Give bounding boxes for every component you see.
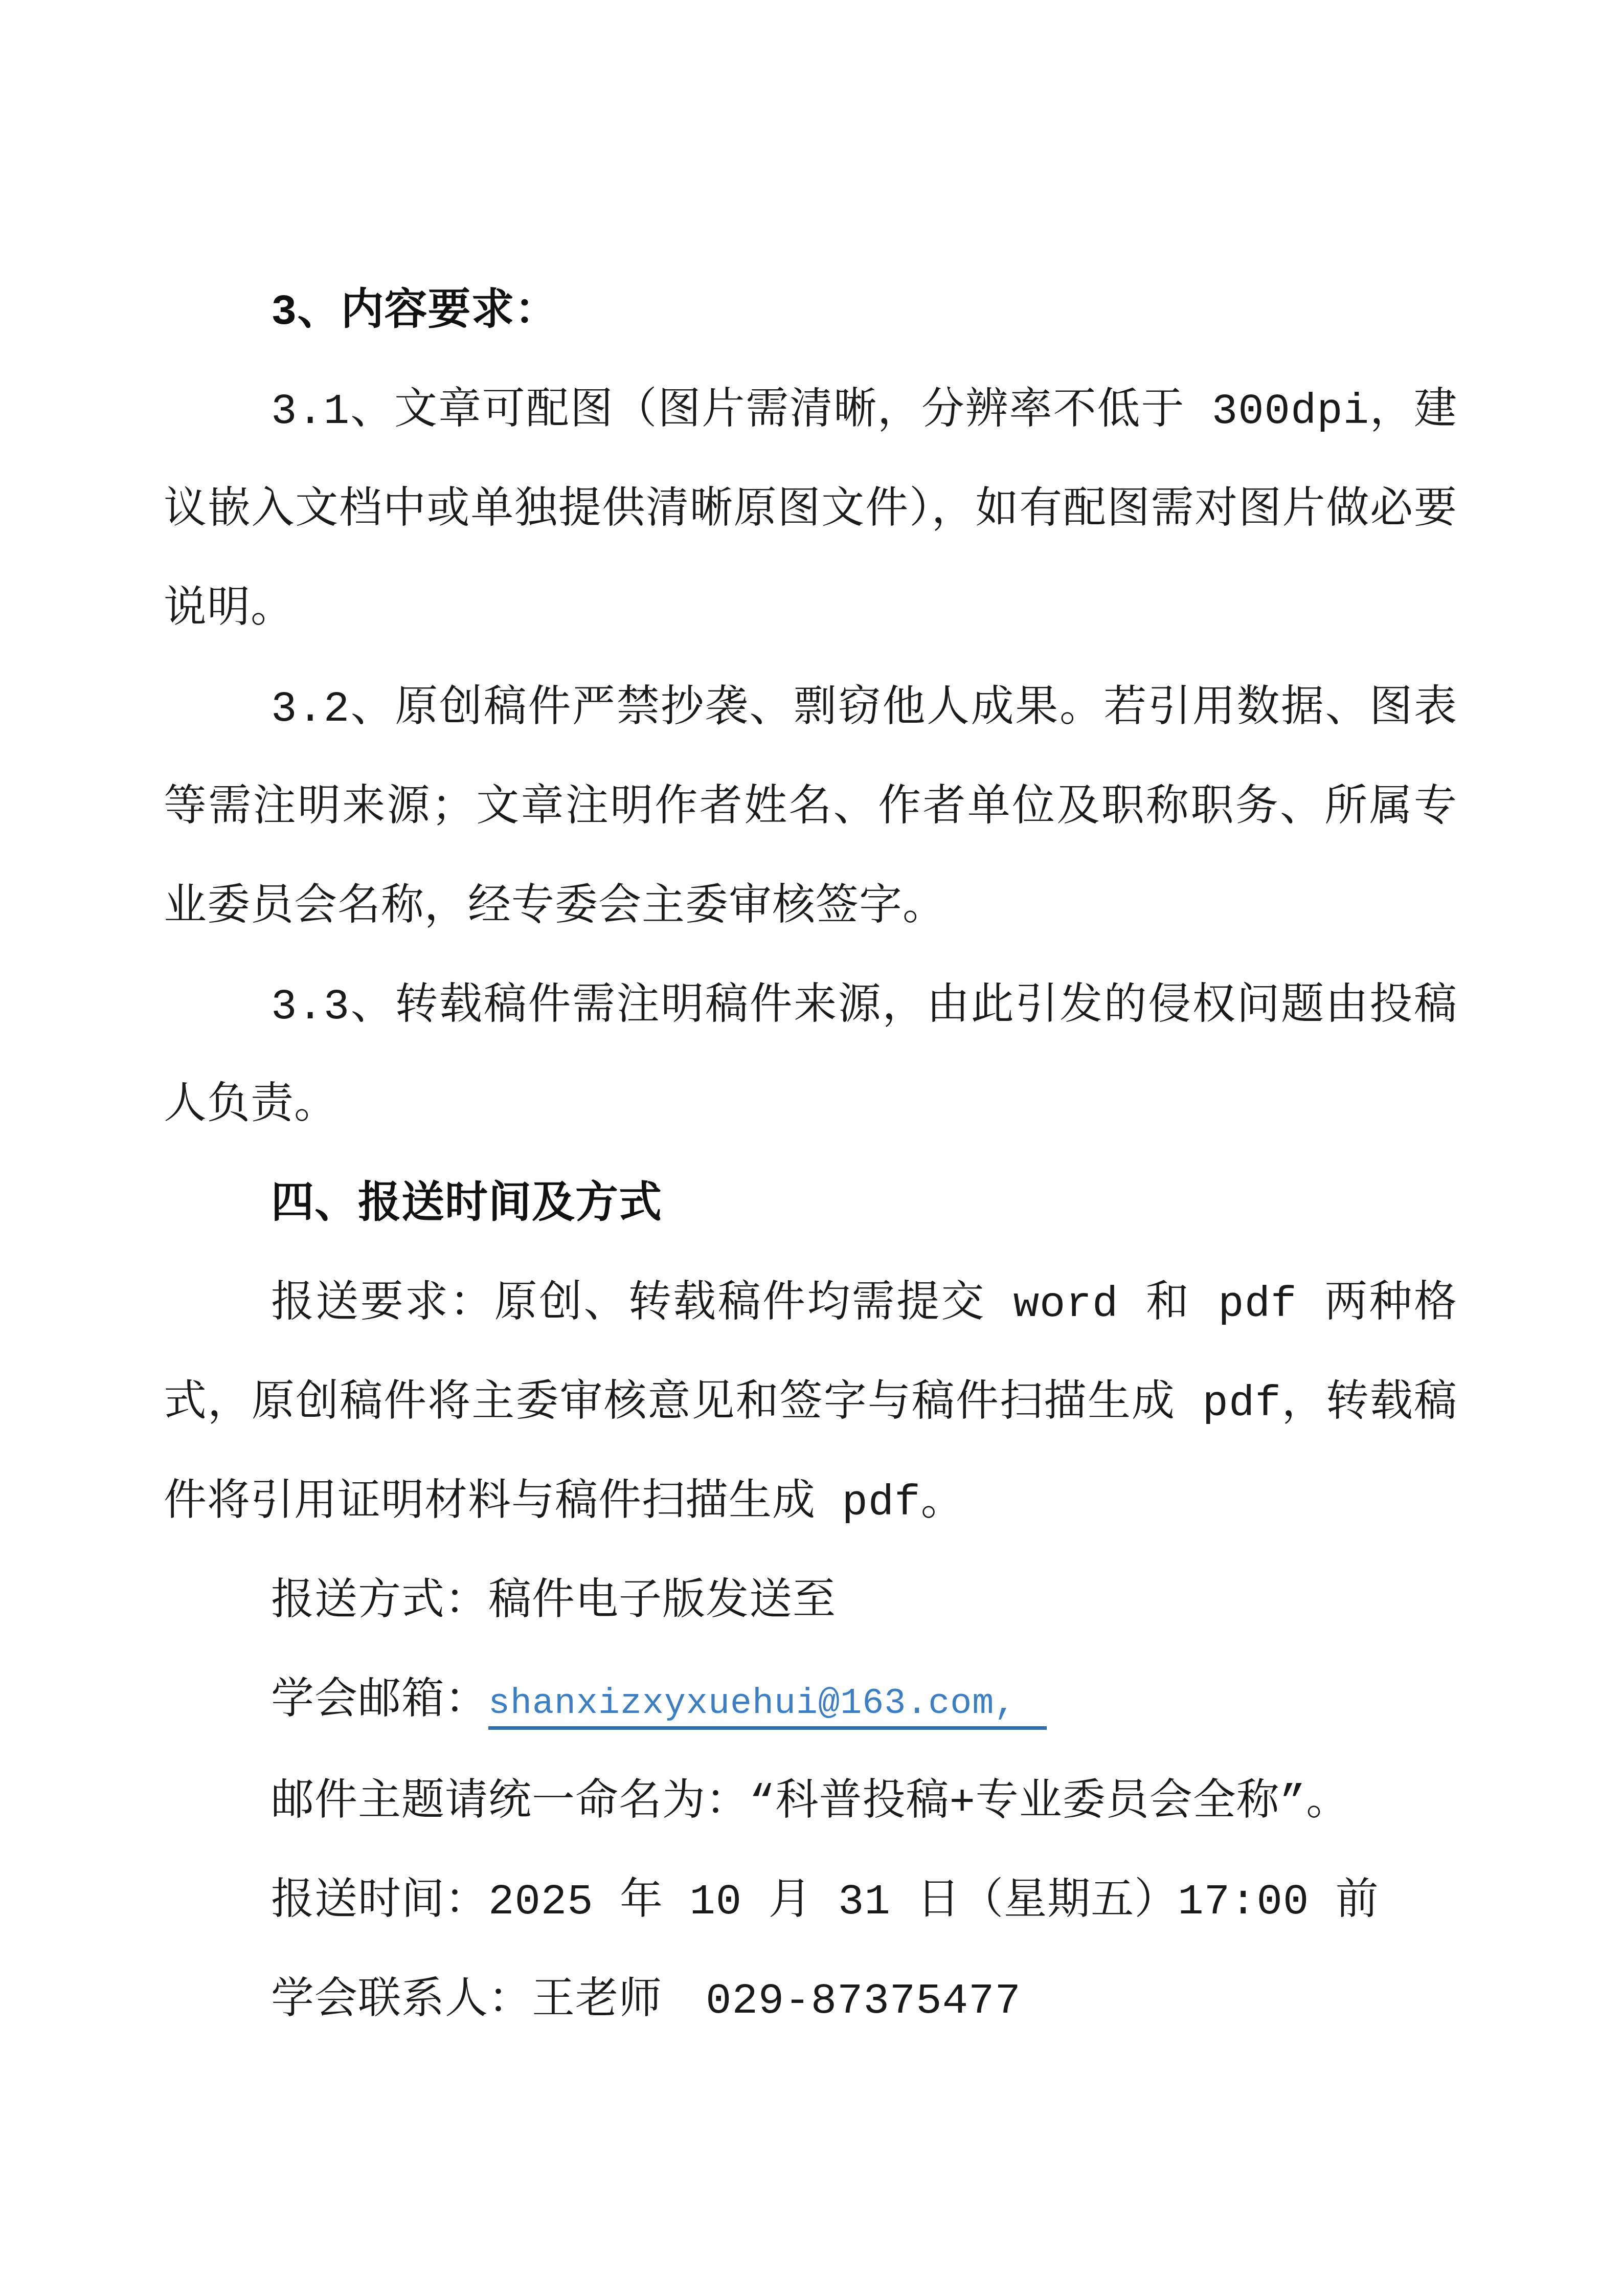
email-label: 学会邮箱： [271,1678,488,1726]
para-submission-requirements: 报送要求：原创、转载稿件均需提交 word 和 pdf 两种格式，原创稿件将主委… [164,1256,1457,1553]
para-article-images: 3.1、文章可配图（图片需清晰，分辨率不低于 300dpi，建议嵌入文档中或单独… [164,363,1457,660]
scanned-document-page: 3、内容要求： 3.1、文章可配图（图片需清晰，分辨率不低于 300dpi，建议… [0,0,1623,2296]
line-association-email: 学会邮箱：shanxizxyxuehui@163.com, [164,1653,1457,1754]
para-email-subject-naming: 邮件主题请统一命名为：“科普投稿+专业委员会全称”。 [164,1754,1457,1853]
heading-submission-time-method: 四、报送时间及方式 [164,1156,1457,1256]
para-reprint-liability: 3.3、转载稿件需注明稿件来源，由此引发的侵权问题由投稿人负责。 [164,958,1457,1156]
para-submission-method: 报送方式：稿件电子版发送至 [164,1553,1457,1653]
para-originality-attribution: 3.2、原创稿件严禁抄袭、剽窃他人成果。若引用数据、图表等需注明来源；文章注明作… [164,660,1457,958]
heading-content-requirements: 3、内容要求： [164,263,1457,363]
para-contact-person: 学会联系人：王老师 029-87375477 [164,1952,1457,2052]
para-submission-deadline: 报送时间：2025 年 10 月 31 日（星期五）17:00 前 [164,1853,1457,1952]
email-link[interactable]: shanxizxyxuehui@163.com, [488,1684,1047,1730]
document-text-block: 3、内容要求： 3.1、文章可配图（图片需清晰，分辨率不低于 300dpi，建议… [164,263,1457,2052]
